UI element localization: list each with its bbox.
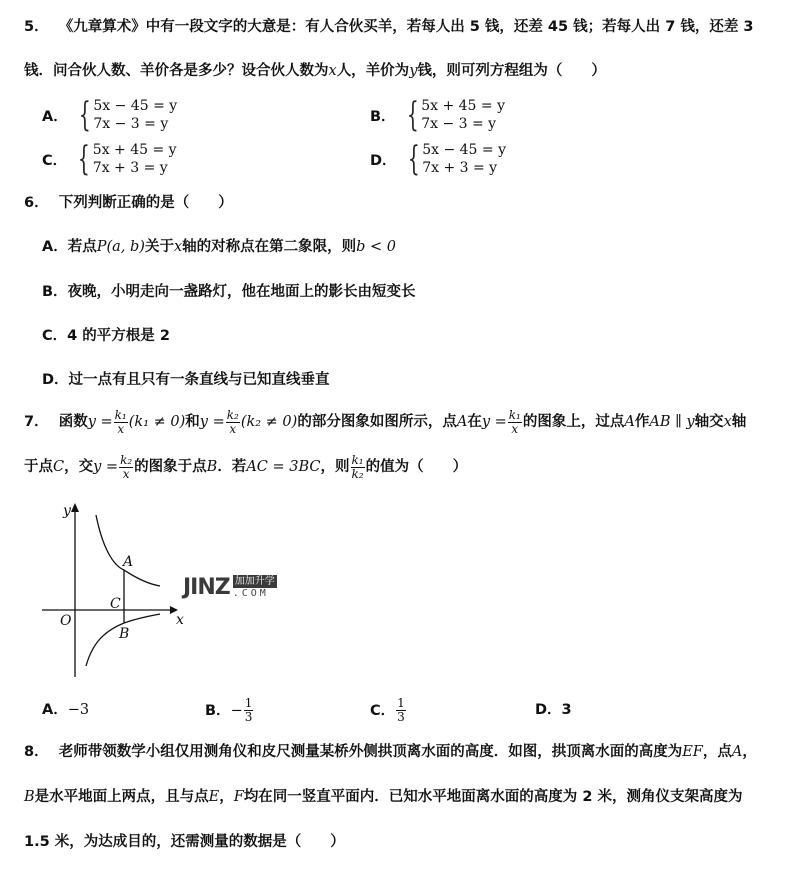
point-a-label: A [121,554,133,570]
q7-option-c[interactable]: C．13 [370,697,407,724]
denominator: x [510,423,519,436]
x-arrow-icon [170,606,178,614]
math-expr: x [724,405,732,439]
q5-option-a[interactable]: A． { 5x − 45 = y 7x − 3 = y [42,97,177,133]
equation: 7x − 3 = y [421,115,505,133]
var-x: x [329,63,337,79]
q8-line3: 1.5 米，为达成目的，还需测量的数据是（ ） [24,832,345,852]
q7-text: 的图象于点 [134,450,207,484]
option-text: 轴的对称点在第二象限，则 [182,239,356,255]
q6-option-a[interactable]: A．若点P(a, b)关于x轴的对称点在第二象限，则b < 0 [42,237,396,257]
q7-text: 作 [635,405,650,439]
q8-number: 8． [24,744,49,760]
q5-stem-text: 人，羊价为 [337,63,410,79]
denominator: 3 [396,711,406,724]
equation-system: 5x + 45 = y 7x − 3 = y [421,97,505,133]
brace-icon: { [79,98,91,132]
x-axis-label: x [176,612,184,628]
equation: 7x + 3 = y [422,159,506,177]
point-label: E [209,789,220,805]
equation: 5x + 45 = y [93,141,177,159]
equation-system: 5x − 45 = y 7x + 3 = y [422,141,506,177]
q5-line1: 5． 《九章算术》中有一段文字的大意是：有人合伙买羊，若每人出 5 钱，还差 4… [24,17,753,37]
q6-option-c[interactable]: C．4 的平方根是 2 [42,326,170,346]
q8-text: 老师带领数学小组仅用测角仪和皮尺测量某桥外侧拱顶离水面的高度．如图，拱顶离水面的… [59,744,683,760]
q7-text: 和 [185,405,200,439]
brace-icon: { [407,142,419,176]
option-label: A． [42,239,68,255]
equation: 5x − 45 = y [422,141,506,159]
point-label: A [457,405,467,439]
q8-text: ， [742,744,757,760]
numerator: 1 [244,697,254,711]
q8-line2: B是水平地面上两点，且与点E，F均在同一竖直平面内．已知水平地面离水面的高度为 … [24,787,743,807]
numerator: k₁ [114,409,128,423]
q7-line1: 7． 函数 y = k₁x (k₁ ≠ 0) 和 y = k₂x (k₂ ≠ 0… [24,405,746,439]
fraction: 13 [244,697,254,724]
denominator: k₂ [351,468,365,481]
option-value: −3 [68,700,89,720]
option-label: C． [42,328,67,344]
point-label: B [207,450,218,484]
fraction: k₁k₂ [351,454,365,481]
q8-text: 均在同一竖直平面内．已知水平地面离水面的高度为 2 米，测角仪支架高度为 [244,789,743,805]
q7-text: ．若 [217,450,246,484]
q7-text: 函数 [59,405,88,439]
math-expr: (k₁ ≠ 0) [129,405,186,439]
math-expr: y = [88,405,113,439]
q7-text: ，则 [321,450,350,484]
watermark: JINZ 加加升学 .COM [183,575,277,600]
equation: 7x − 3 = y [93,115,177,133]
q6-stem-text: 下列判断正确的是（ ） [59,195,233,211]
math-expr: b < 0 [356,239,396,255]
point-label: B [24,789,35,805]
option-label: D． [42,372,69,388]
q7-option-a[interactable]: A．−3 [42,700,89,720]
y-axis-label: y [62,503,72,519]
equation: 7x + 3 = y [93,159,177,177]
numerator: k₁ [351,454,365,468]
denominator: 3 [244,711,254,724]
option-label: B． [205,701,231,721]
q6-option-b[interactable]: B．夜晚，小明走向一盏路灯，他在地面上的影长由短变长 [42,282,416,302]
option-text: 若点 [68,239,97,255]
q5-number: 5． [24,19,49,35]
equation-system: 5x − 45 = y 7x − 3 = y [93,97,177,133]
option-label: C． [370,701,395,721]
option-label: A． [42,105,68,126]
math-expr: (k₂ ≠ 0) [241,405,298,439]
q5-option-c[interactable]: C． { 5x + 45 = y 7x + 3 = y [42,141,177,177]
brace-icon: { [406,98,418,132]
option-text: 夜晚，小明走向一盏路灯，他在地面上的影长由短变长 [68,284,416,300]
numerator: k₁ [508,409,522,423]
option-label: D． [370,149,397,170]
denominator: x [228,423,237,436]
fraction: k₂x [119,454,133,481]
math-expr: y = [93,450,118,484]
q5-option-d[interactable]: D． { 5x − 45 = y 7x + 3 = y [370,141,506,177]
q7-text: 的部分图象如图所示，点 [297,405,457,439]
watermark-com: .COM [233,588,277,600]
fraction: k₂x [226,409,240,436]
fraction: 13 [396,697,406,724]
q8-text: ， [219,789,234,805]
watermark-logo: JINZ [183,575,230,600]
point-b-label: B [118,626,129,642]
watermark-right: 加加升学 .COM [233,575,277,600]
option-label: A． [42,700,68,720]
equation-system: 5x + 45 = y 7x + 3 = y [93,141,177,177]
point-c-label: C [110,596,121,612]
point-label: C [53,450,64,484]
math-expr: AC = 3BC [246,450,320,484]
numerator: 1 [396,697,406,711]
q8-line1: 8． 老师带领数学小组仅用测角仪和皮尺测量某桥外侧拱顶离水面的高度．如图，拱顶离… [24,742,757,762]
curve-k2 [86,614,160,666]
q5-stem-line1: 《九章算术》中有一段文字的大意是：有人合伙买羊，若每人出 5 钱，还差 45 钱… [59,19,754,35]
option-label: B． [42,284,68,300]
point-label: A [732,744,742,760]
option-text: 过一点有且只有一条直线与已知直线垂直 [69,372,330,388]
q5-stem-text: 钱，则可列方程组为（ ） [417,63,606,79]
denominator: x [116,423,125,436]
option-label: D． [535,700,562,720]
q8-text: 是水平地面上两点，且与点 [35,789,209,805]
option-label: B． [370,105,396,126]
math-expr: y = [200,405,225,439]
q7-text: 轴交 [695,405,724,439]
point-label: F [234,789,244,805]
q5-option-b[interactable]: B． { 5x + 45 = y 7x − 3 = y [370,97,505,133]
q7-line2: 于点 C ，交 y = k₂x 的图象于点 B ．若 AC = 3BC ，则 k… [24,450,467,484]
q7-number: 7． [24,405,49,439]
fraction: k₁x [114,409,128,436]
minus-sign: − [231,701,243,721]
q7-text: 的图象上，过点 [523,405,625,439]
option-text: 关于 [145,239,174,255]
q7-text: 的值为（ ） [366,450,468,484]
point-label: A [624,405,634,439]
math-expr: y = [482,405,507,439]
numerator: k₂ [119,454,133,468]
q7-text: 在 [467,405,482,439]
math-expr: AB ∥ y [649,405,694,439]
fraction: k₁x [508,409,522,436]
q7-option-b[interactable]: B．−13 [205,697,254,724]
equation: 5x − 45 = y [93,97,177,115]
q5-line2: 钱．问合伙人数、羊价各是多少？设合伙人数为x人，羊价为y钱，则可列方程组为（ ） [24,61,606,81]
math-expr: EF [682,744,703,760]
q8-text: 1.5 米，为达成目的，还需测量的数据是（ ） [24,834,345,850]
q8-text: ，点 [703,744,732,760]
math-expr: x [174,239,182,255]
numerator: k₂ [226,409,240,423]
option-value: 3 [562,700,572,720]
option-text: 4 的平方根是 2 [67,328,170,344]
denominator: x [122,468,131,481]
origin-label: O [60,613,72,629]
y-arrow-icon [71,503,79,512]
brace-icon: { [78,142,90,176]
option-label: C． [42,149,67,170]
equation: 5x + 45 = y [421,97,505,115]
q7-option-d[interactable]: D．3 [535,700,572,720]
q6-stem: 6． 下列判断正确的是（ ） [24,193,233,213]
q6-number: 6． [24,195,49,211]
q6-option-d[interactable]: D．过一点有且只有一条直线与已知直线垂直 [42,370,330,390]
q5-stem-text: 钱．问合伙人数、羊价各是多少？设合伙人数为 [24,63,329,79]
curve-k1 [96,515,160,586]
math-expr: P(a, b) [97,239,145,255]
watermark-cn: 加加升学 [233,575,277,588]
q7-text: 于点 [24,450,53,484]
q7-text: 轴 [732,405,747,439]
q7-text: ，交 [64,450,93,484]
